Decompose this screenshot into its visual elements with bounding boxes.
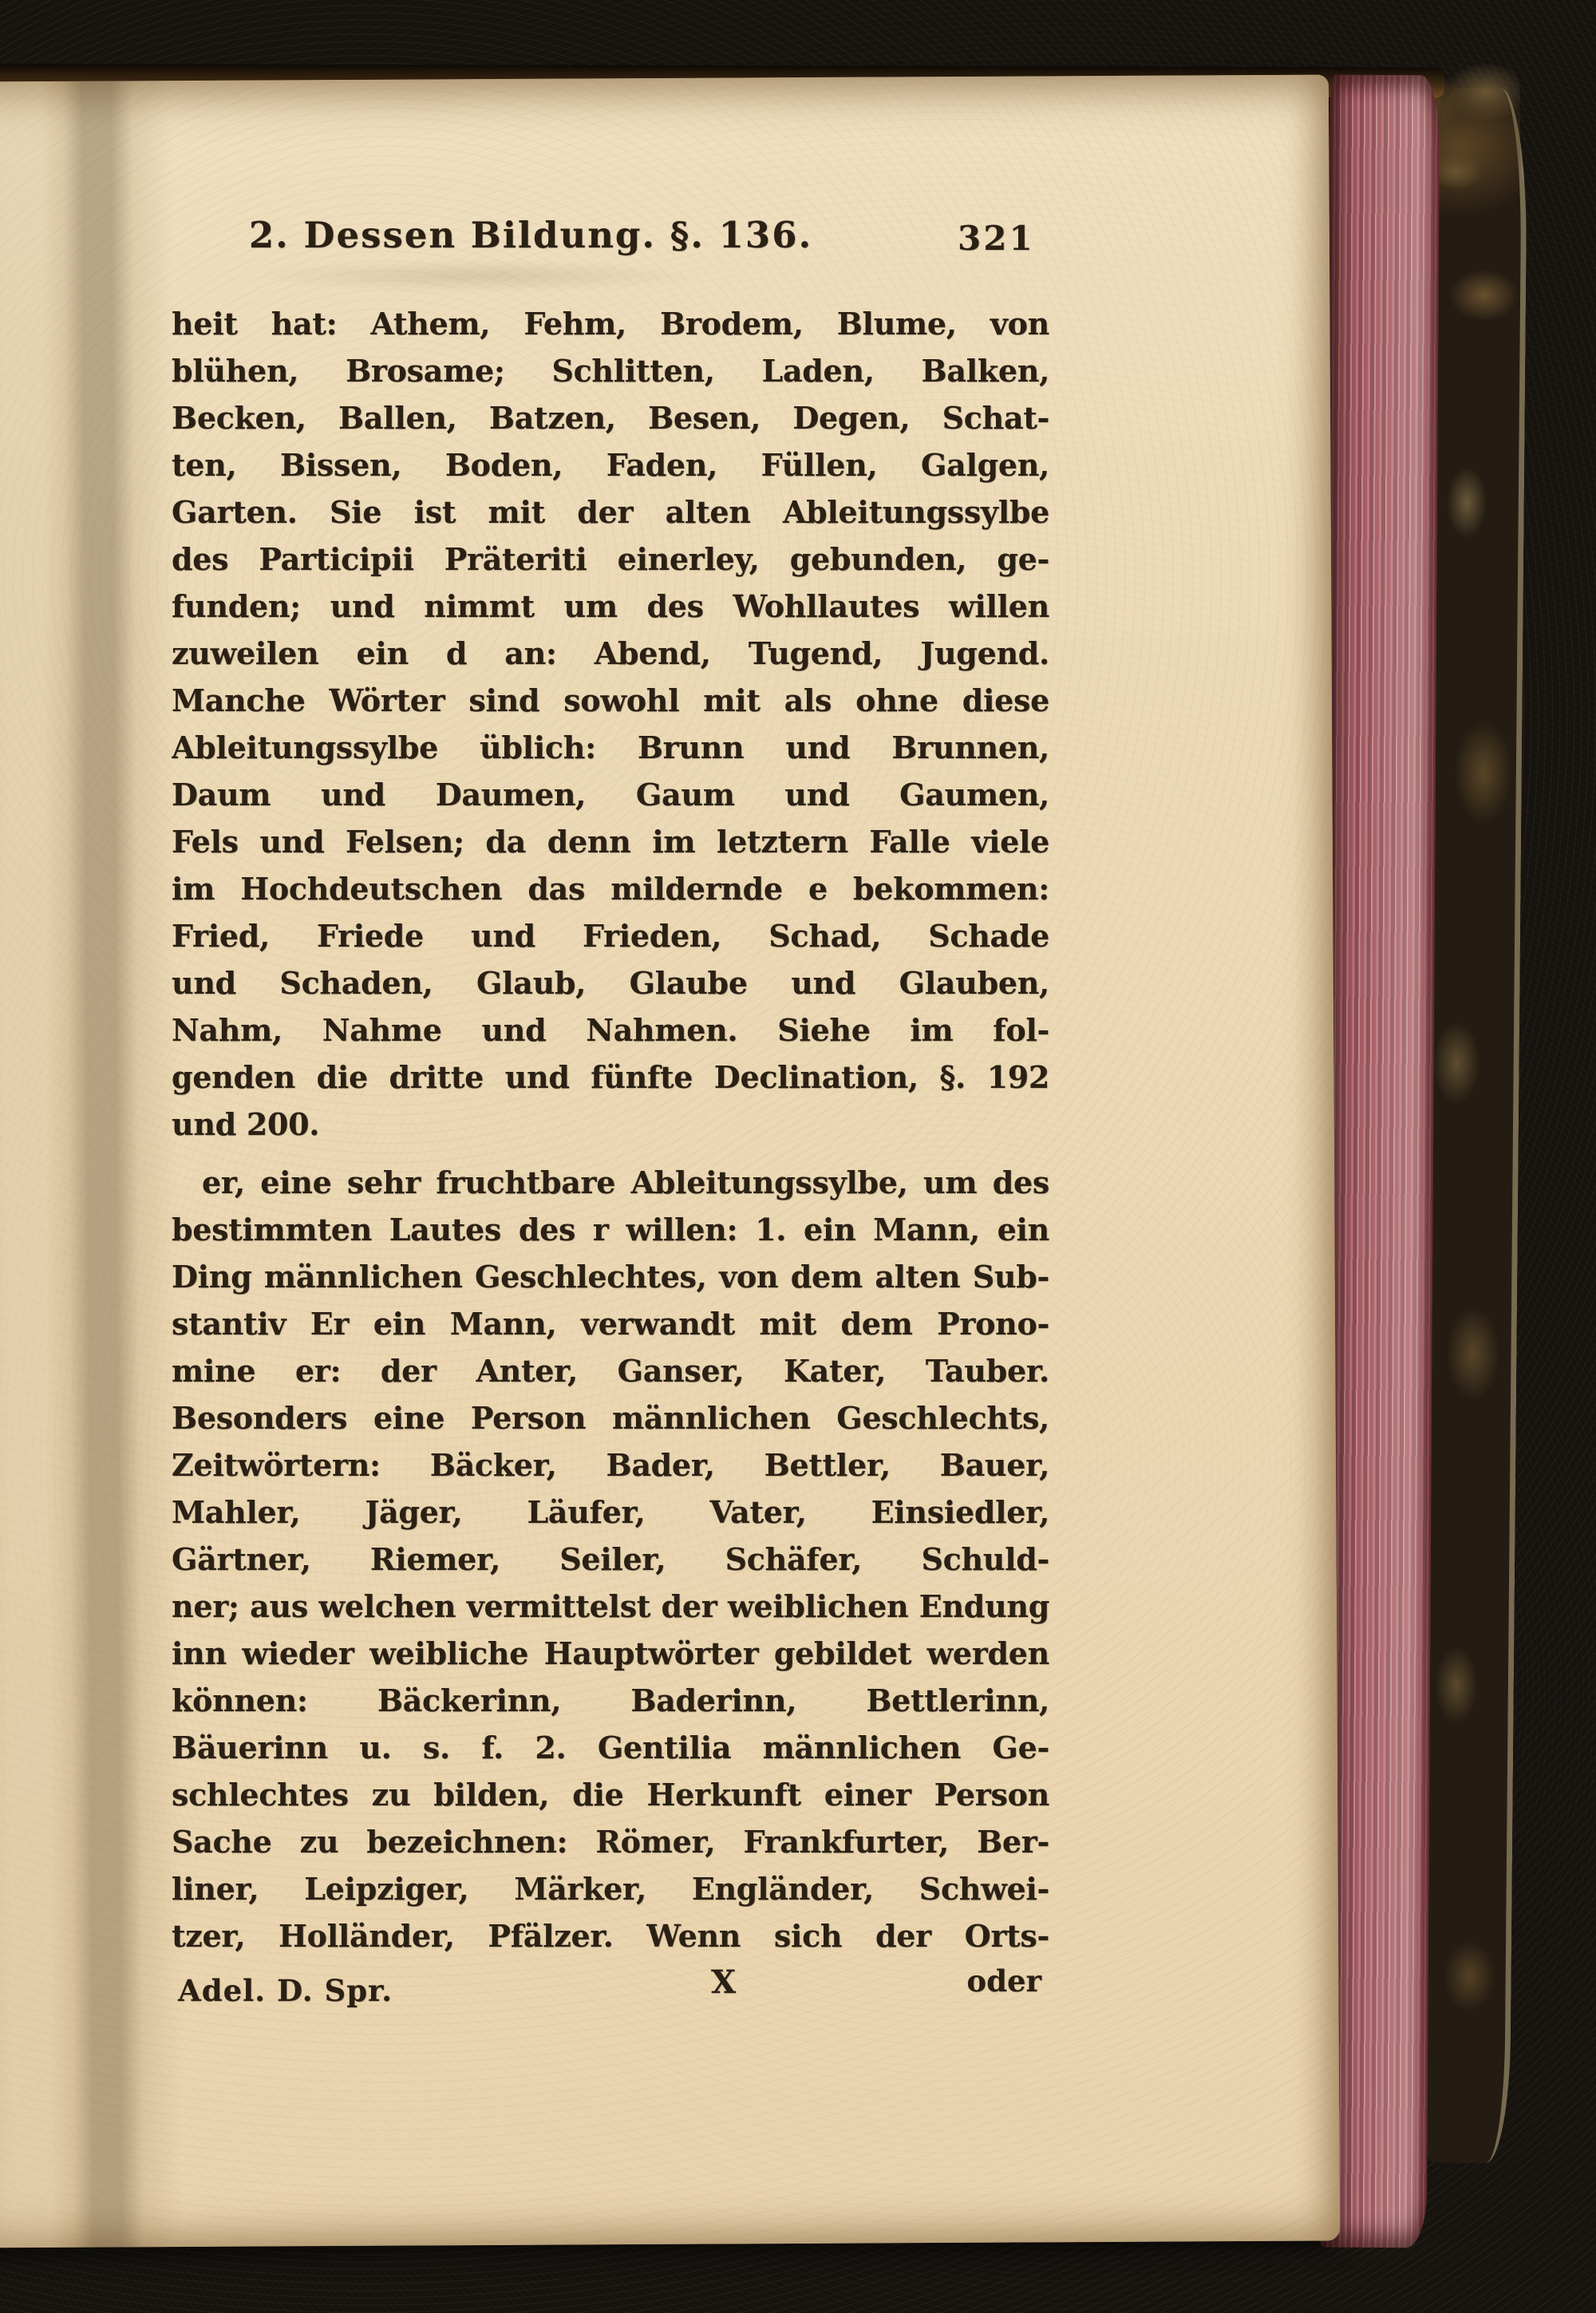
text-line: Garten. Sie ist mit der alten Ableitungs… — [172, 488, 1049, 536]
text-line: funden; und nimmt um des Wohllautes will… — [172, 583, 1049, 630]
text-line: Ding männlichen Geschlechtes, von dem al… — [172, 1253, 1049, 1300]
text-line: Besonders eine Person männlichen Geschle… — [172, 1394, 1049, 1441]
text-line: Fels und Felsen; da denn im letztern Fal… — [172, 818, 1049, 865]
text-line: blühen, Brosame; Schlitten, Laden, Balke… — [172, 347, 1049, 394]
text-line: genden die dritte und fünfte Declination… — [172, 1054, 1049, 1101]
text-line: mine er: der Anter, Ganser, Kater, Taube… — [172, 1347, 1049, 1394]
text-line: Sache zu bezeichnen: Römer, Frankfurter,… — [172, 1818, 1049, 1865]
text-line: im Hochdeutschen das mildernde e bekomme… — [172, 865, 1049, 912]
text-line: bestimmten Lautes des r willen: 1. ein M… — [172, 1206, 1049, 1253]
text-line: und 200. — [172, 1101, 1049, 1148]
text-line: schlechtes zu bilden, die Herkunft einer… — [172, 1771, 1049, 1818]
catchword: oder — [966, 1963, 1041, 1999]
printed-text-layer: 2. Dessen Bildung. §. 136. 321 heit hat:… — [0, 0, 1596, 2313]
body-text: heit hat: Athem, Fehm, Brodem, Blume, vo… — [172, 300, 1049, 1959]
text-line: zuweilen ein d an: Abend, Tugend, Jugend… — [172, 630, 1049, 677]
text-line: Nahm, Nahme und Nahmen. Siehe im fol- — [172, 1006, 1049, 1054]
footer-signature: Adel. D. Spr. — [178, 1973, 393, 2008]
text-line: liner, Leipziger, Märker, Engländer, Sch… — [172, 1865, 1049, 1912]
text-line: Zeitwörtern: Bäcker, Bader, Bettler, Bau… — [172, 1441, 1049, 1489]
gathering-mark: X — [711, 1963, 736, 2001]
text-line: Gärtner, Riemer, Seiler, Schäfer, Schuld… — [172, 1536, 1049, 1583]
text-line: des Participii Präteriti einerley, gebun… — [172, 536, 1049, 583]
page-header: 2. Dessen Bildung. §. 136. 321 — [172, 214, 1049, 262]
text-line: Daum und Daumen, Gaum und Gaumen, — [172, 771, 1049, 818]
text-line: Ableitungssylbe üblich: Brunn und Brunne… — [172, 724, 1049, 771]
photo-background: { "header": { "title": "2. Dessen Bildun… — [0, 0, 1596, 2313]
text-line: ner; aus welchen vermittelst der weiblic… — [172, 1583, 1049, 1630]
page-number: 321 — [958, 219, 1035, 258]
text-line: Manche Wörter sind sowohl mit als ohne d… — [172, 677, 1049, 724]
text-line: Bäuerinn u. s. f. 2. Gentilia männlichen… — [172, 1724, 1049, 1771]
text-line: können: Bäckerinn, Baderinn, Bettlerinn, — [172, 1677, 1049, 1724]
text-line: er, eine sehr fruchtbare Ableitungssylbe… — [172, 1159, 1049, 1206]
text-line: Mahler, Jäger, Läufer, Vater, Einsiedler… — [172, 1489, 1049, 1536]
text-line: stantiv Er ein Mann, verwandt mit dem Pr… — [172, 1300, 1049, 1347]
text-line: ten, Bissen, Boden, Faden, Füllen, Galge… — [172, 441, 1049, 488]
page-footer: Adel. D. Spr. X oder — [172, 1963, 1049, 2011]
ink-smudge — [172, 255, 778, 297]
text-line: inn wieder weibliche Hauptwörter gebilde… — [172, 1630, 1049, 1677]
running-title: 2. Dessen Bildung. §. 136. — [92, 214, 970, 256]
text-line: tzer, Holländer, Pfälzer. Wenn sich der … — [172, 1912, 1049, 1959]
text-line: Fried, Friede und Frieden, Schad, Schade — [172, 912, 1049, 959]
text-line: Becken, Ballen, Batzen, Besen, Degen, Sc… — [172, 394, 1049, 441]
text-line: und Schaden, Glaub, Glaube und Glauben, — [172, 959, 1049, 1006]
text-line: heit hat: Athem, Fehm, Brodem, Blume, vo… — [172, 300, 1049, 347]
